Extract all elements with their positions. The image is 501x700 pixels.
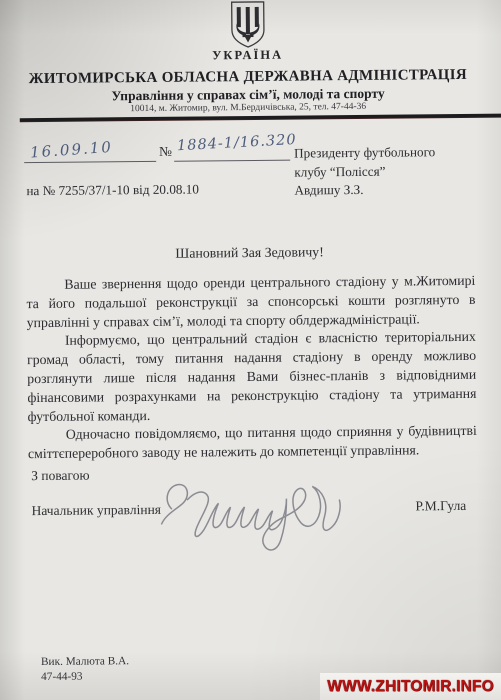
recipient-block: Президенту футбольного клубу “Полісся” А… bbox=[294, 143, 436, 200]
body-paragraph-3: Одночасно повідомляємо, що питання щодо … bbox=[28, 422, 477, 464]
ukraine-trident-icon bbox=[228, 1, 268, 49]
reply-reference: на № 7255/37/1-10 від 20.08.10 bbox=[26, 181, 199, 199]
site-watermark: WWW.ZHITOMIR.INFO bbox=[320, 673, 501, 700]
signer-position: Начальник управління bbox=[31, 502, 161, 519]
closing-regards: З повагою bbox=[31, 468, 89, 485]
letterhead-divider bbox=[20, 114, 501, 123]
signer-name: Р.М.Гула bbox=[415, 498, 466, 514]
recipient-line-2: клубу “Полісся” bbox=[294, 162, 435, 182]
recipient-line-1: Президенту футбольного bbox=[294, 143, 435, 163]
date-underline bbox=[24, 161, 156, 163]
letter-sheet: УКРАЇНА ЖИТОМИРСЬКА ОБЛАСНА ДЕРЖАВНА АДМ… bbox=[0, 0, 501, 700]
body-paragraph-2: Інформуємо, що центральний стадіон є вла… bbox=[27, 328, 477, 426]
salutation: Шановний Зая Зедовичу! bbox=[0, 243, 500, 264]
number-sign: № bbox=[159, 144, 172, 160]
body-paragraph-1: Ваше звернення щодо оренди центрального … bbox=[26, 272, 476, 333]
recipient-line-3: Авдишу З.З. bbox=[294, 180, 435, 200]
handwritten-signature bbox=[151, 467, 382, 559]
letter-body: Ваше звернення щодо оренди центрального … bbox=[26, 272, 477, 464]
executor-name: Вик. Малюта В.А. bbox=[41, 654, 129, 670]
executor-block: Вик. Малюта В.А. 47-44-93 bbox=[41, 654, 129, 685]
handwritten-outgoing-number: 1884-1/16.320 bbox=[177, 132, 297, 154]
number-underline bbox=[174, 160, 290, 162]
handwritten-date: 16.09.10 bbox=[30, 138, 114, 162]
country-name: УКРАЇНА bbox=[0, 46, 498, 66]
executor-phone: 47-44-93 bbox=[41, 669, 129, 685]
